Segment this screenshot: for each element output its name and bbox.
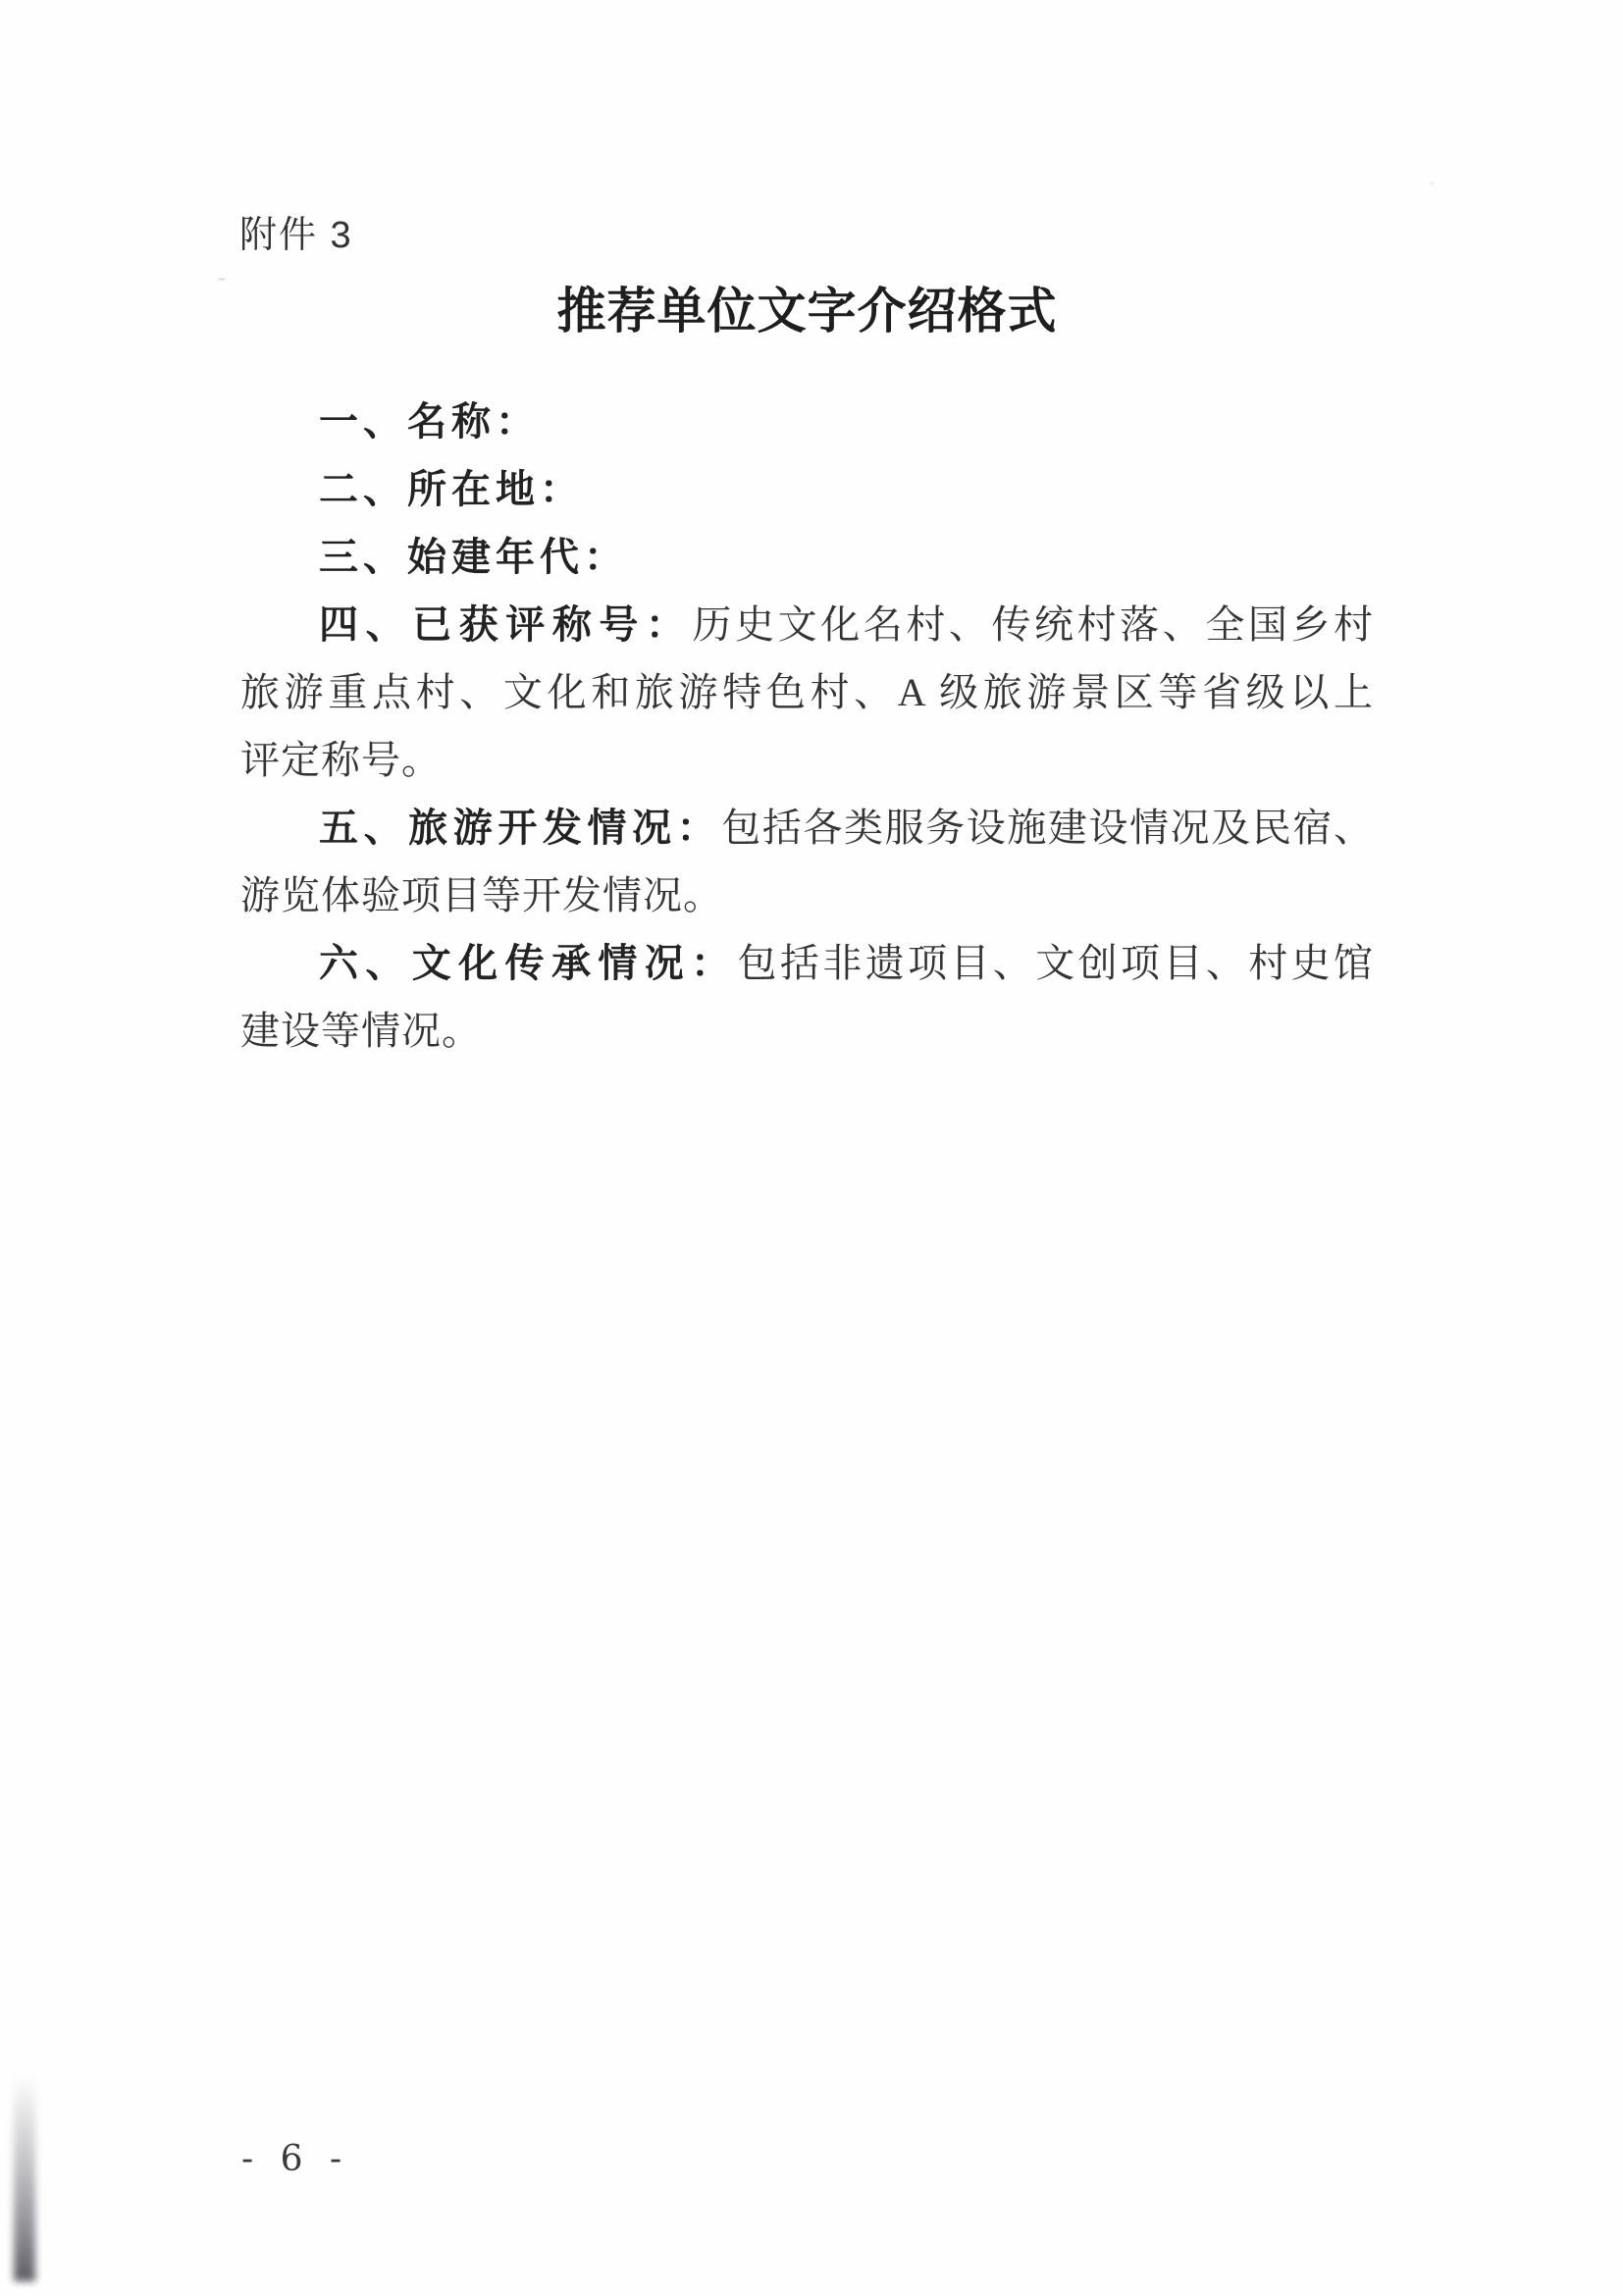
body-text: 历史文化名村、传统村落、全国乡村 xyxy=(693,602,1374,647)
body-text: 建设等情况。 xyxy=(240,1009,482,1053)
body-text: 包括各类服务设施建设情况及民宿、 xyxy=(721,806,1374,850)
list-item-label: 二、所在地： xyxy=(319,468,584,511)
body-line: 二、所在地： xyxy=(240,455,1374,523)
scan-smudge-artifact xyxy=(14,2075,35,2281)
scan-speck-artifact xyxy=(1430,182,1435,185)
body-text: 评定称号。 xyxy=(240,738,442,782)
body-line: 五、旅游开发情况：包括各类服务设施建设情况及民宿、 xyxy=(240,794,1374,861)
list-item-label: 三、始建年代： xyxy=(319,536,628,579)
scan-speck-artifact xyxy=(218,278,226,281)
list-item-label: 四、已获评称号： xyxy=(319,603,693,647)
body-text: 游览体验项目等开发情况。 xyxy=(240,873,723,917)
document-title: 推荐单位文字介绍格式 xyxy=(240,281,1374,341)
list-item-label: 六、文化传承情况： xyxy=(319,942,738,985)
list-item-label: 五、旅游开发情况： xyxy=(319,807,721,850)
body-line: 建设等情况。 xyxy=(240,997,1374,1065)
body-text: 包括非遗项目、文创项目、村史馆 xyxy=(738,941,1374,985)
list-item-label: 一、名称： xyxy=(319,400,540,444)
body-line: 一、名称： xyxy=(240,388,1374,455)
attachment-label: 附件 3 xyxy=(239,214,353,257)
body-line: 游览体验项目等开发情况。 xyxy=(240,861,1374,929)
body-line: 六、文化传承情况：包括非遗项目、文创项目、村史馆 xyxy=(240,929,1374,997)
body-line: 旅游重点村、文化和旅游特色村、A 级旅游景区等省级以上 xyxy=(240,658,1374,726)
body-line: 四、已获评称号：历史文化名村、传统村落、全国乡村 xyxy=(240,591,1374,658)
body-line: 评定称号。 xyxy=(240,726,1374,794)
scanned-document-page: 附件 3 推荐单位文字介绍格式 一、名称：二、所在地：三、始建年代：四、已获评称… xyxy=(0,0,1623,2296)
document-body: 一、名称：二、所在地：三、始建年代：四、已获评称号：历史文化名村、传统村落、全国… xyxy=(240,388,1374,1065)
body-text: 旅游重点村、文化和旅游特色村、A 级旅游景区等省级以上 xyxy=(240,670,1374,714)
body-line: 三、始建年代： xyxy=(240,523,1374,591)
page-number: - 6 - xyxy=(241,2139,349,2180)
